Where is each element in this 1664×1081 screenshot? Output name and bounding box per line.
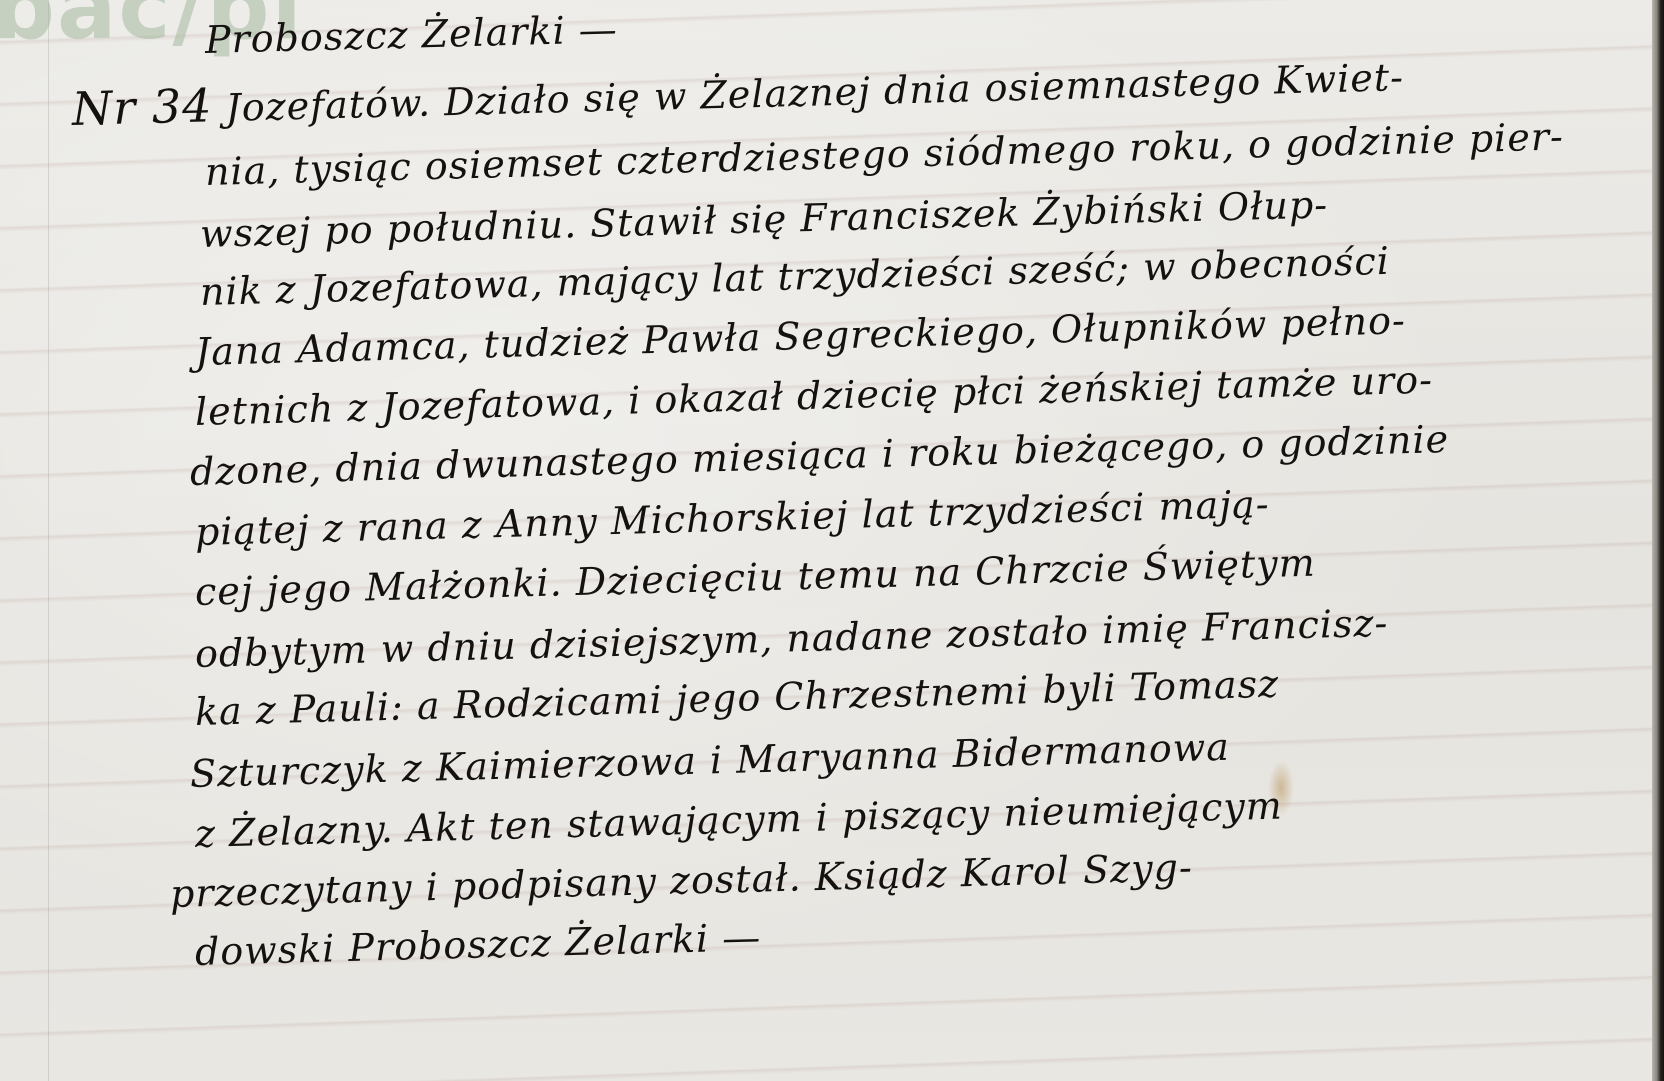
entry-number: Nr 34: [71, 78, 213, 136]
entry-line-13: z Żelazny. Akt ten stawającym i piszący …: [194, 784, 1283, 856]
scanned-register-page: bac/pl Proboszcz Żelarki — Nr 34 Jozefat…: [0, 0, 1664, 1081]
entry-line-15: dowski Proboszcz Żelarki —: [194, 915, 761, 974]
entry-line-12: Szturczyk z Kaimierzowa i Maryanna Bider…: [189, 725, 1230, 796]
entry-line-8: piątej z rana z Anny Michorskiej lat trz…: [194, 482, 1270, 554]
entry-heading: Nr 34 Jozefatów. Działo się w Żelaznej d…: [71, 47, 1404, 136]
entry-line-1: Działo się w Żelaznej dnia osiemnastego …: [444, 55, 1405, 124]
handwritten-entry: Proboszcz Żelarki — Nr 34 Jozefatów. Dzi…: [0, 0, 1664, 1081]
entry-line-14: przeczytany i podpisany został. Ksiądz K…: [169, 845, 1193, 916]
entry-line-11: ka z Pauli: a Rodzicami jego Chrzestnemi…: [194, 662, 1279, 734]
entry-place: Jozefatów.: [225, 81, 432, 130]
header-line: Proboszcz Żelarki —: [204, 7, 618, 62]
entry-line-9: cej jego Małżonki. Dziecięciu temu na Ch…: [194, 541, 1316, 614]
